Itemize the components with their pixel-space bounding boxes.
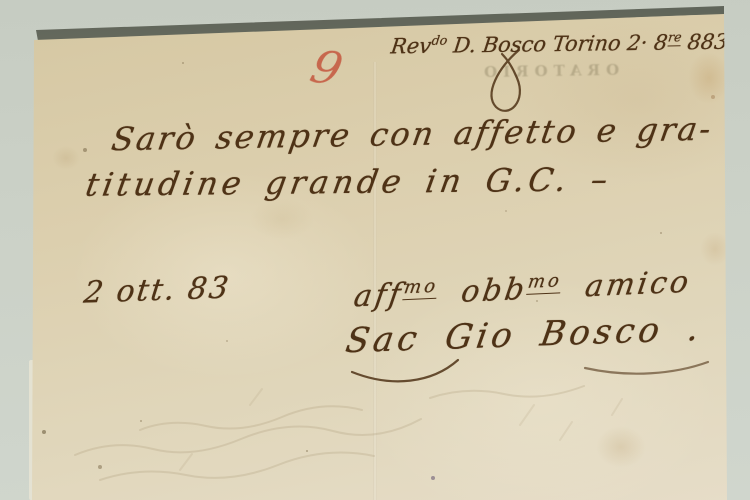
header-text: Rev (389, 34, 432, 59)
signature-line: Sac Gio Bosco . (343, 312, 705, 359)
valediction-superscript: mo (402, 276, 439, 301)
paper-stain (596, 426, 646, 468)
valediction-text: obb (434, 272, 529, 311)
valediction-text: aff (352, 277, 406, 314)
letter-photograph: ORATORIO Revdo D. Bosco Torino 2· 8re 88… (0, 0, 750, 500)
paper-stain (52, 146, 80, 170)
header-text: 883 (679, 30, 729, 55)
address-date-line: Revdo D. Bosco Torino 2· 8re 883 (390, 31, 730, 58)
paper-stain (250, 198, 314, 240)
archival-number-red-pencil: 9 (306, 43, 348, 93)
letter-paper: ORATORIO Revdo D. Bosco Torino 2· 8re 88… (0, 0, 750, 500)
valediction-text: amico (558, 265, 693, 306)
valediction-superscript: mo (526, 270, 563, 295)
body-line-2: titudine grande in G.C. – (83, 163, 614, 201)
paper-stain (700, 232, 730, 266)
header-text: D. Bosco Torino 2· 8 (445, 30, 669, 57)
paper-specks (0, 0, 2, 2)
body-line-1: Sarò sempre con affetto e gra- (110, 113, 716, 156)
valediction-line: affmo obbmo amico (352, 267, 694, 313)
paper-stain (688, 52, 730, 104)
letterhead-bleedthrough: ORATORIO (478, 63, 619, 80)
date-line: 2 ott. 83 (82, 273, 232, 308)
